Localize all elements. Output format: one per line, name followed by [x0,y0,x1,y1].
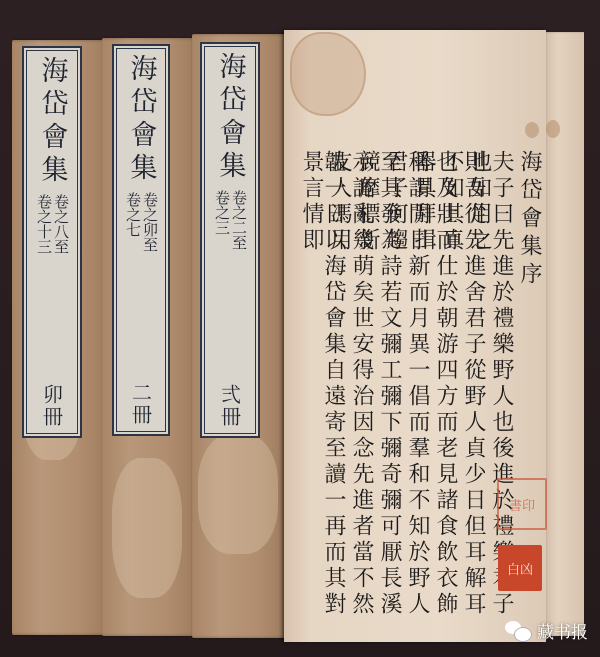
seal-stamp-lower: 白凶 [498,545,542,591]
volume-number: 弍冊 [216,384,245,428]
book-volume-1: 海岱會集 卷之八至 卷之十三 卯冊 [12,40,108,635]
wechat-icon [505,621,531,641]
book-volume-3: 海岱會集 卷之二至 卷之三 弍冊 [192,34,286,638]
volume-title: 海岱會集 [217,52,244,184]
volume-title: 海岱會集 [128,54,155,186]
volume-number: 二冊 [127,382,156,426]
title-slip-3: 海岱會集 卷之二至 卷之三 弍冊 [200,42,260,438]
volume-title: 海岱會集 [39,56,66,188]
volume-number: 卯冊 [38,384,67,428]
volume-range: 卷之八至 卷之十三 [36,194,68,254]
volume-range: 卷之卯至 卷之七 [125,192,157,252]
title-slip-1: 海岱會集 卷之八至 卷之十三 卯冊 [22,46,82,438]
stain-dot [525,122,539,138]
watermark: 藏书报 [505,618,588,643]
volume-range: 卷之二至 卷之三 [214,190,246,250]
water-stain [290,32,366,116]
stain-dot [546,120,560,138]
title-slip-2: 海岱會集 卷之卯至 卷之七 二冊 [112,44,170,436]
book-volume-2: 海岱會集 卷之卯至 卷之七 二冊 [102,38,196,636]
seal-stamp-upper: 書印 [497,478,547,530]
watermark-text: 藏书报 [537,618,588,643]
